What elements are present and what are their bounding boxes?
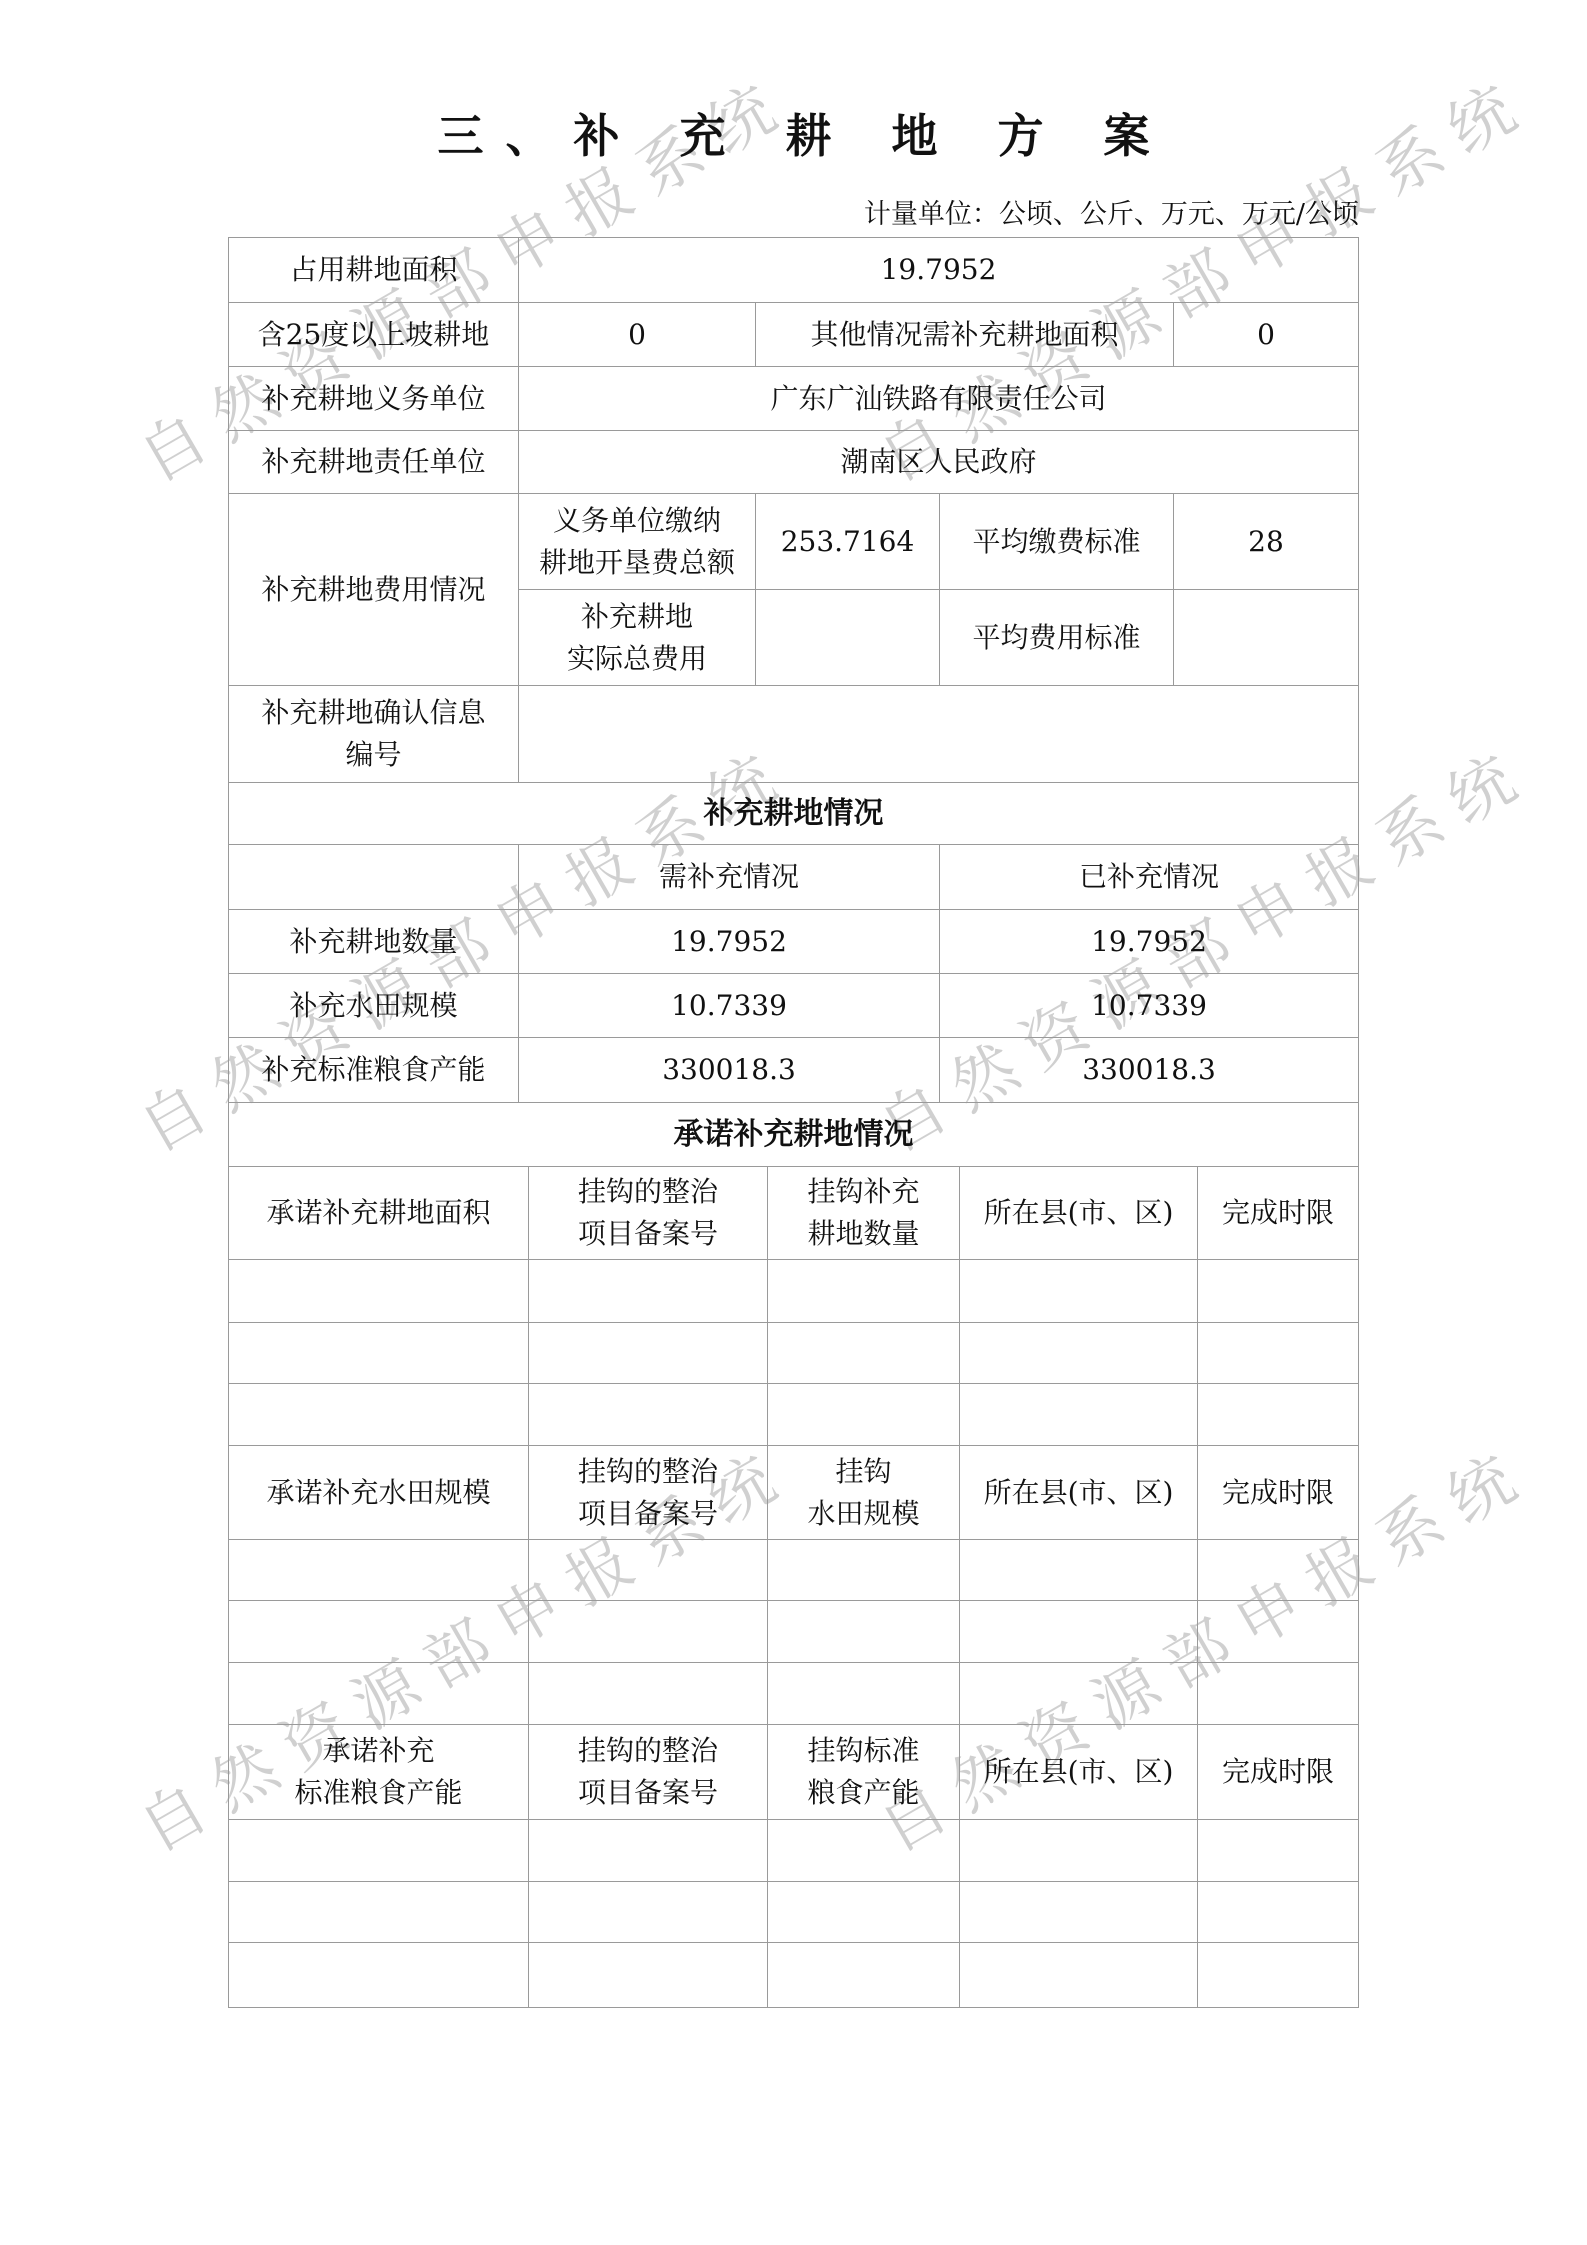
occupied-area-value: 19.7952 [518,237,1359,303]
commit-header-area: 承诺补充耕地面积 [228,1166,529,1260]
empty-cell [528,1662,768,1725]
other-area-value: 0 [1173,302,1359,367]
empty-cell [228,1662,529,1725]
commit-header-county: 所在县(市、区) [959,1724,1198,1820]
empty-cell [959,1383,1198,1446]
commit-header-linked: 挂钩标准 粮食产能 [767,1724,960,1820]
avg-paid-value: 28 [1173,493,1359,590]
situation-row-done: 19.7952 [939,909,1359,974]
fee-label: 补充耕地费用情况 [228,493,519,686]
commit-header-deadline: 完成时限 [1197,1724,1359,1820]
empty-cell [959,1662,1198,1725]
situation-row-required: 10.7339 [518,973,940,1038]
situation-row-label: 补充耕地数量 [228,909,519,974]
empty-cell [959,1539,1198,1601]
empty-cell [767,1881,960,1943]
empty-cell [767,1600,960,1663]
empty-cell [959,1942,1198,2008]
avg-cost-value [1173,589,1359,686]
obligor-value: 广东广汕铁路有限责任公司 [518,366,1359,431]
empty-cell [959,1600,1198,1663]
empty-cell [767,1322,960,1384]
confirm-value [518,685,1359,783]
empty-cell [228,1322,529,1384]
commit-header-county: 所在县(市、区) [959,1445,1198,1540]
page-title: 三、补 充 耕 地 方 案 [0,100,1587,166]
empty-cell [1197,1881,1359,1943]
commit-header-linked: 挂钩 水田规模 [767,1445,960,1540]
empty-cell [959,1881,1198,1943]
empty-cell [1197,1383,1359,1446]
empty-cell [228,1881,529,1943]
empty-cell [959,1819,1198,1882]
empty-cell [767,1539,960,1601]
empty-cell [528,1539,768,1601]
empty-cell [959,1259,1198,1323]
actual-cost-label: 补充耕地 实际总费用 [518,589,756,686]
empty-cell [767,1662,960,1725]
situation-heading: 补充耕地情况 [228,782,1359,845]
confirm-label: 补充耕地确认信息 编号 [228,685,519,783]
empty-cell [228,1539,529,1601]
empty-cell [228,1819,529,1882]
fee-paid-label: 义务单位缴纳 耕地开垦费总额 [518,493,756,590]
empty-cell [528,1881,768,1943]
situation-row-required: 19.7952 [518,909,940,974]
situation-row-done: 10.7339 [939,973,1359,1038]
situation-row-label: 补充标准粮食产能 [228,1037,519,1103]
empty-cell [228,1259,529,1323]
col-required: 需补充情况 [518,844,940,910]
commitment-heading: 承诺补充耕地情况 [228,1102,1359,1167]
col-done: 已补充情况 [939,844,1359,910]
slope25-label: 含25度以上坡耕地 [228,302,519,367]
commit-header-deadline: 完成时限 [1197,1166,1359,1260]
empty-cell [767,1383,960,1446]
empty-cell [767,1819,960,1882]
commit-header-project: 挂钩的整治 项目备案号 [528,1166,768,1260]
empty-cell [228,1600,529,1663]
empty-cell [1197,1662,1359,1725]
commit-header-deadline: 完成时限 [1197,1445,1359,1540]
empty-cell [1197,1539,1359,1601]
commit-header-project: 挂钩的整治 项目备案号 [528,1445,768,1540]
empty-cell [528,1322,768,1384]
empty-cell [1197,1819,1359,1882]
avg-cost-label: 平均费用标准 [939,589,1174,686]
actual-cost-value [755,589,940,686]
units-note: 计量单位：公顷、公斤、万元、万元/公顷 [864,192,1359,231]
other-area-label: 其他情况需补充耕地面积 [755,302,1174,367]
situation-corner [228,844,519,910]
situation-row-required: 330018.3 [518,1037,940,1103]
empty-cell [1197,1322,1359,1384]
commit-header-paddy: 承诺补充水田规模 [228,1445,529,1540]
commit-header-county: 所在县(市、区) [959,1166,1198,1260]
responsible-label: 补充耕地责任单位 [228,430,519,494]
occupied-area-label: 占用耕地面积 [228,237,519,303]
slope25-value: 0 [518,302,756,367]
situation-row-done: 330018.3 [939,1037,1359,1103]
empty-cell [528,1383,768,1446]
commit-header-linked: 挂钩补充 耕地数量 [767,1166,960,1260]
empty-cell [1197,1942,1359,2008]
avg-paid-label: 平均缴费标准 [939,493,1174,590]
empty-cell [767,1942,960,2008]
empty-cell [228,1942,529,2008]
empty-cell [528,1942,768,2008]
empty-cell [528,1819,768,1882]
empty-cell [228,1383,529,1446]
commit-header-project: 挂钩的整治 项目备案号 [528,1724,768,1820]
commit-header-grain: 承诺补充 标准粮食产能 [228,1724,529,1820]
empty-cell [1197,1259,1359,1323]
empty-cell [528,1600,768,1663]
empty-cell [959,1322,1198,1384]
empty-cell [1197,1600,1359,1663]
empty-cell [767,1259,960,1323]
responsible-value: 潮南区人民政府 [518,430,1359,494]
fee-paid-value: 253.7164 [755,493,940,590]
obligor-label: 补充耕地义务单位 [228,366,519,431]
empty-cell [528,1259,768,1323]
situation-row-label: 补充水田规模 [228,973,519,1038]
